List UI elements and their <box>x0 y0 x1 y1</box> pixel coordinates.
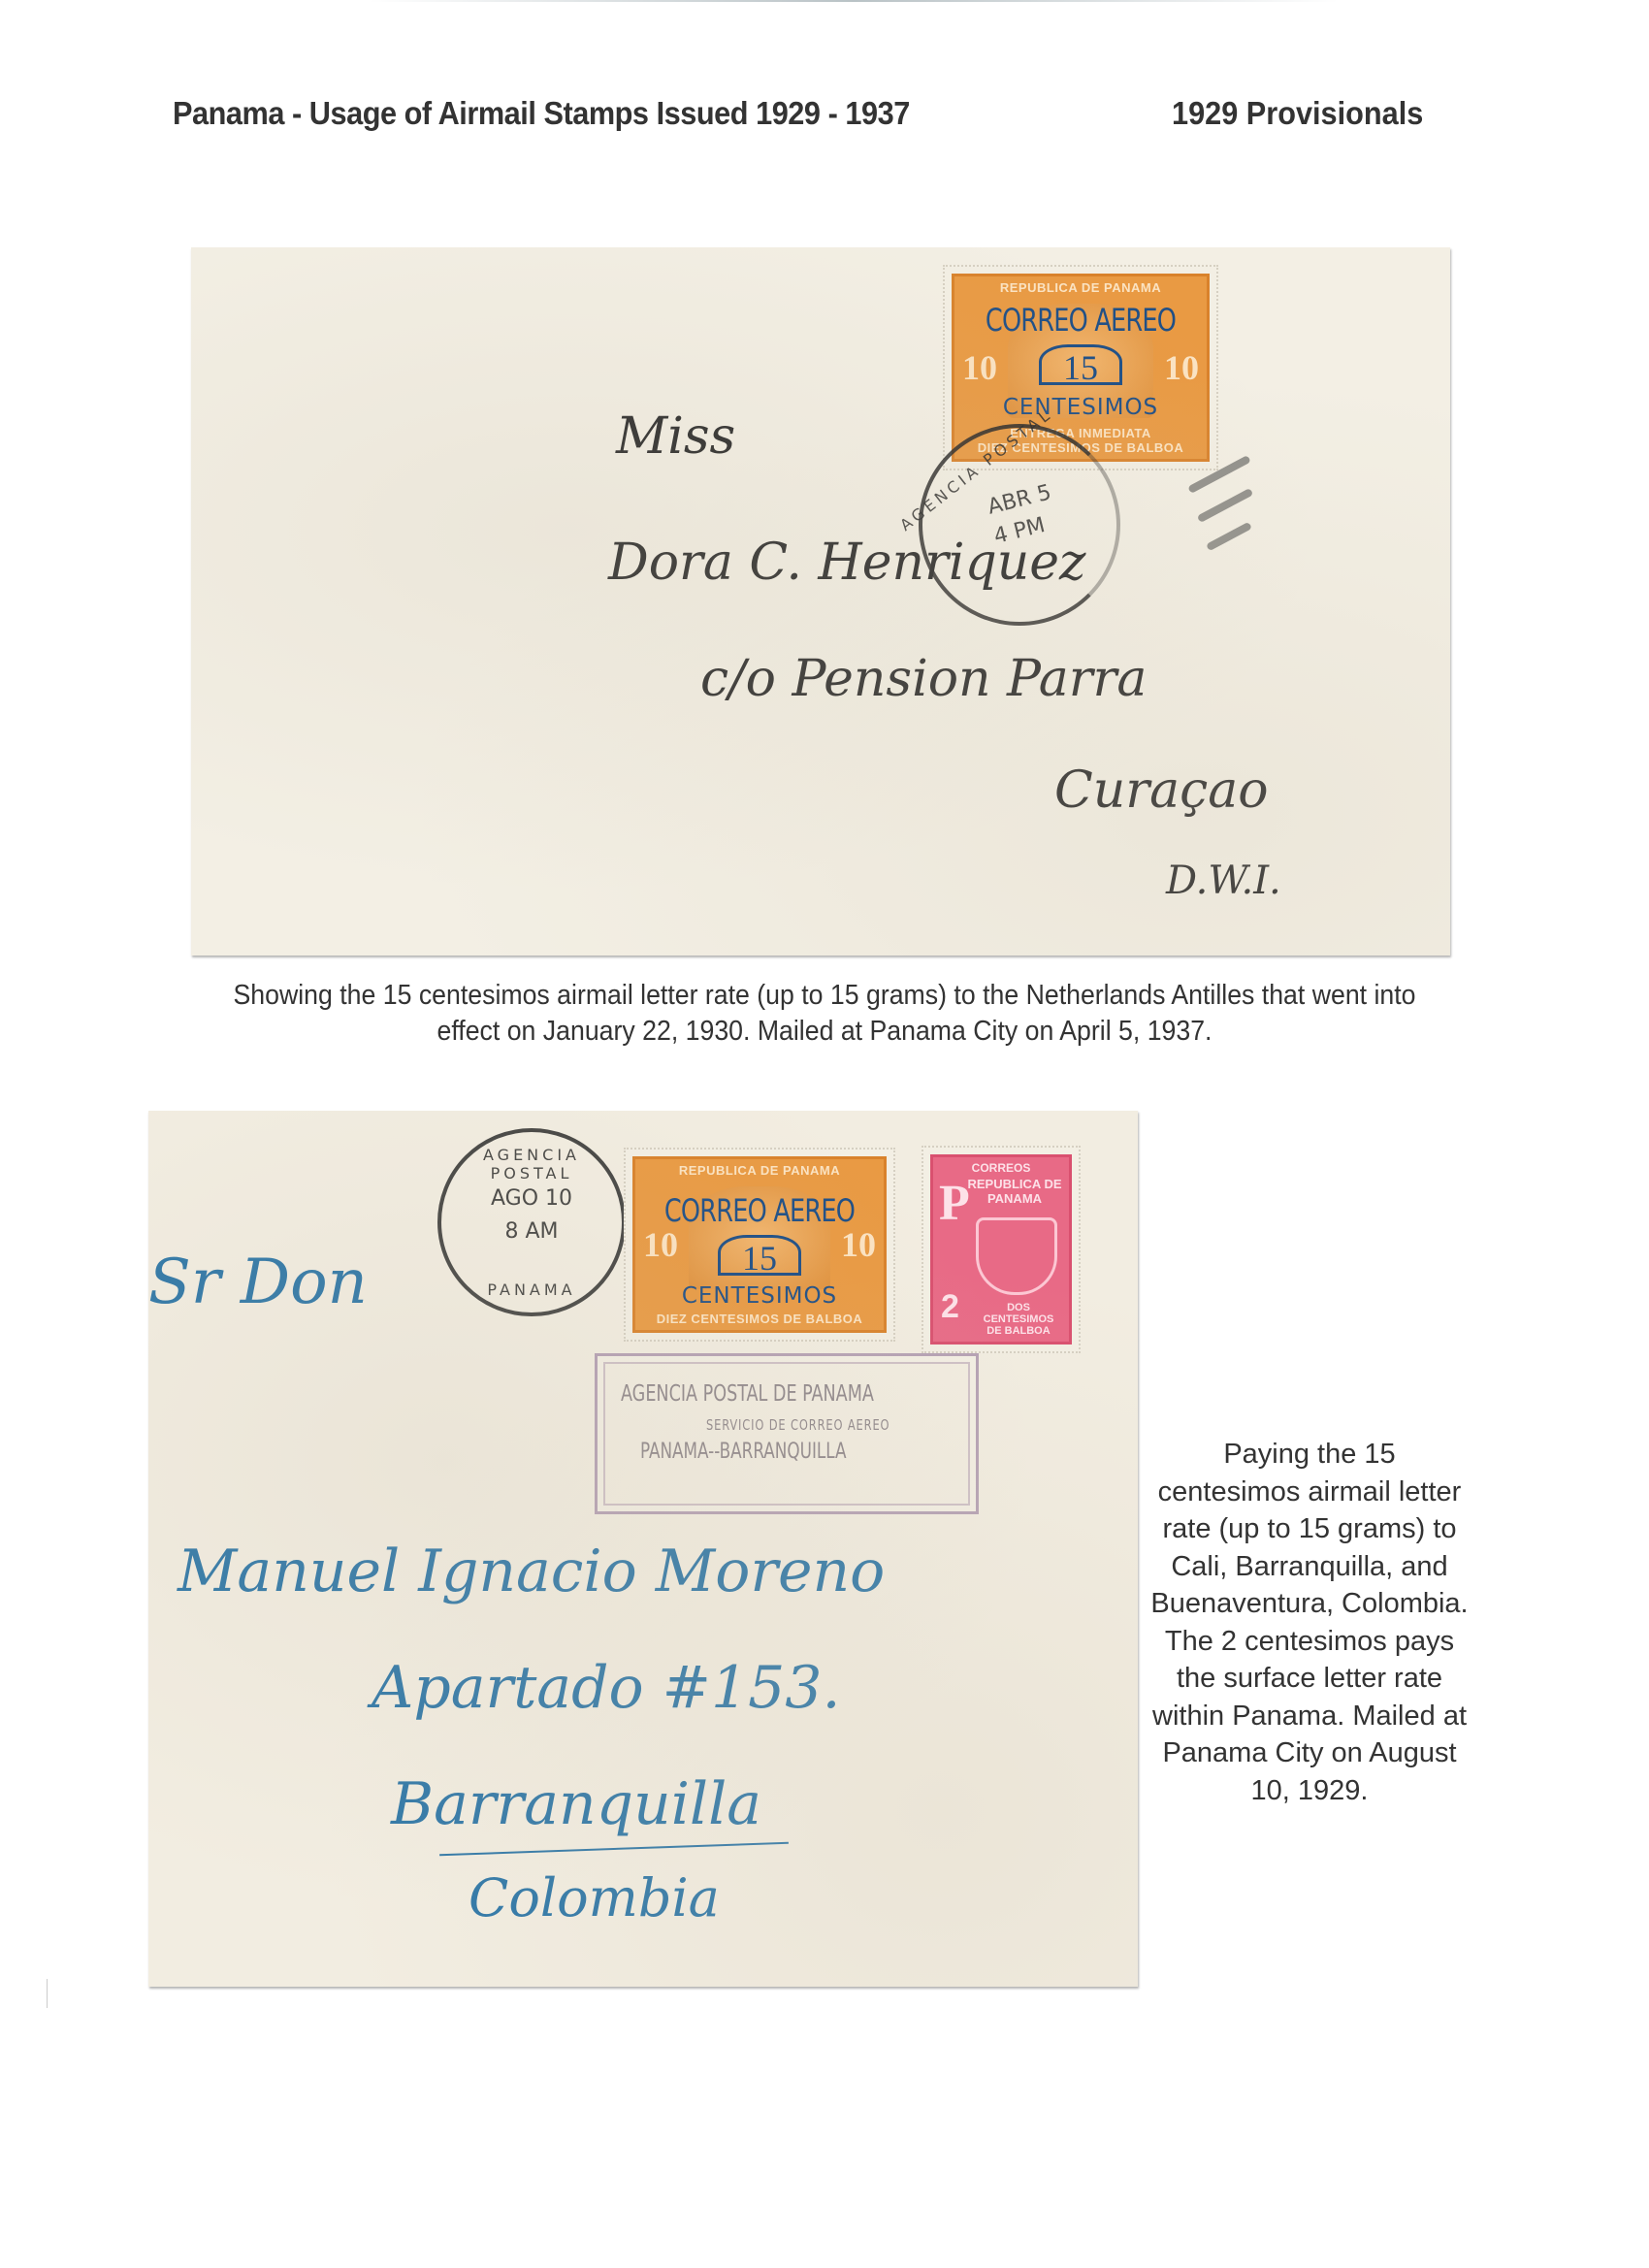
address-line-2: Dora C. Henriquez <box>608 534 1085 592</box>
overprint-correo-aereo: CORREO AEREO <box>661 1192 859 1229</box>
stamp-value-right: 10 <box>1164 347 1199 388</box>
stamp-value: 2 <box>941 1288 959 1326</box>
cover-2-caption: Paying the 15 centesimos airmail letter … <box>1149 1436 1470 1809</box>
address-line-3: c/o Pension Parra <box>700 650 1147 708</box>
overprint-centesimos: CENTESIMOS <box>954 395 1207 420</box>
address-line-4: Curaçao <box>1054 761 1269 820</box>
stamp-bottom-text: DOS CENTESIMOS DE BALBOA <box>972 1302 1065 1337</box>
stamp-top-text: CORREOS <box>933 1161 1069 1175</box>
stamp-value-left: 10 <box>962 347 997 388</box>
address-line-1: Miss <box>616 407 735 466</box>
postmark-ring-bottom: PANAMA <box>441 1280 622 1299</box>
address-line-3: Barranquilla <box>391 1770 761 1838</box>
salutation: Sr Don <box>148 1247 368 1318</box>
cover-2: AGENCIA POSTAL AGO 10 8 AM PANAMA REPUBL… <box>148 1111 1138 1987</box>
stamp-country: REPUBLICA DE PANAMA <box>966 1177 1063 1206</box>
stamp-top-text: REPUBLICA DE PANAMA <box>954 280 1207 295</box>
definitive-stamp-2c: CORREOS P REPUBLICA DE PANAMA 2 DOS CENT… <box>921 1146 1081 1353</box>
cover-1-caption: Showing the 15 centesimos airmail letter… <box>209 978 1440 1050</box>
postmark-circle: AGENCIA POSTAL AGO 10 8 AM PANAMA <box>437 1128 626 1316</box>
overprint-value: 15 <box>718 1235 801 1276</box>
postmark-date: AGO 10 <box>441 1186 622 1211</box>
stamp-value-right: 10 <box>841 1224 876 1265</box>
postmark-ring-top: AGENCIA POSTAL <box>441 1146 622 1183</box>
address-line-5: D.W.I. <box>1166 859 1281 903</box>
address-line-1: Manuel Ignacio Moreno <box>178 1538 885 1605</box>
scan-edge-line <box>369 0 1339 2</box>
postmark-circle: AGENCIA POSTAL ABR 5 4 PM <box>919 424 1120 626</box>
address-line-2: Apartado #153. <box>372 1654 841 1722</box>
cachet-line-3: PANAMA--BARRANQUILLA <box>640 1440 847 1464</box>
stamp-top-text: REPUBLICA DE PANAMA <box>635 1163 884 1178</box>
underline <box>439 1842 789 1857</box>
postmark-time: 8 AM <box>441 1219 622 1244</box>
section-title: 1929 Provisionals <box>1172 95 1423 132</box>
address-line-4: Colombia <box>469 1867 720 1928</box>
overprint-correo-aereo: CORREO AEREO <box>980 302 1181 339</box>
scan-mark <box>47 1979 48 2008</box>
stamp-bottom-line1: DOS CENTESIMOS <box>972 1302 1065 1325</box>
airmail-stamp-15c: REPUBLICA DE PANAMA 10 10 DIEZ CENTESIMO… <box>624 1148 895 1342</box>
coat-of-arms-icon <box>976 1217 1057 1295</box>
stamp-bottom-line2: DIEZ CENTESIMOS DE BALBOA <box>635 1312 884 1326</box>
stamp-initial: P <box>939 1175 970 1232</box>
cover-1: REPUBLICA DE PANAMA 10 10 ENTREGA INMEDI… <box>191 247 1450 956</box>
stamp-bottom-line2: DE BALBOA <box>972 1325 1065 1337</box>
agencia-postal-cachet: AGENCIA POSTAL DE PANAMA SERVICIO DE COR… <box>595 1353 979 1514</box>
stamp-design: CORREOS P REPUBLICA DE PANAMA 2 DOS CENT… <box>930 1154 1072 1345</box>
page-title: Panama - Usage of Airmail Stamps Issued … <box>173 95 910 132</box>
stamp-value-left: 10 <box>643 1224 678 1265</box>
stamp-design: REPUBLICA DE PANAMA 10 10 DIEZ CENTESIMO… <box>632 1156 887 1333</box>
cachet-line-2: SERVICIO DE CORREO AEREO <box>706 1416 889 1434</box>
cachet-line-1: AGENCIA POSTAL DE PANAMA <box>621 1381 874 1407</box>
overprint-centesimos: CENTESIMOS <box>635 1283 884 1309</box>
overprint-value: 15 <box>1039 344 1122 385</box>
